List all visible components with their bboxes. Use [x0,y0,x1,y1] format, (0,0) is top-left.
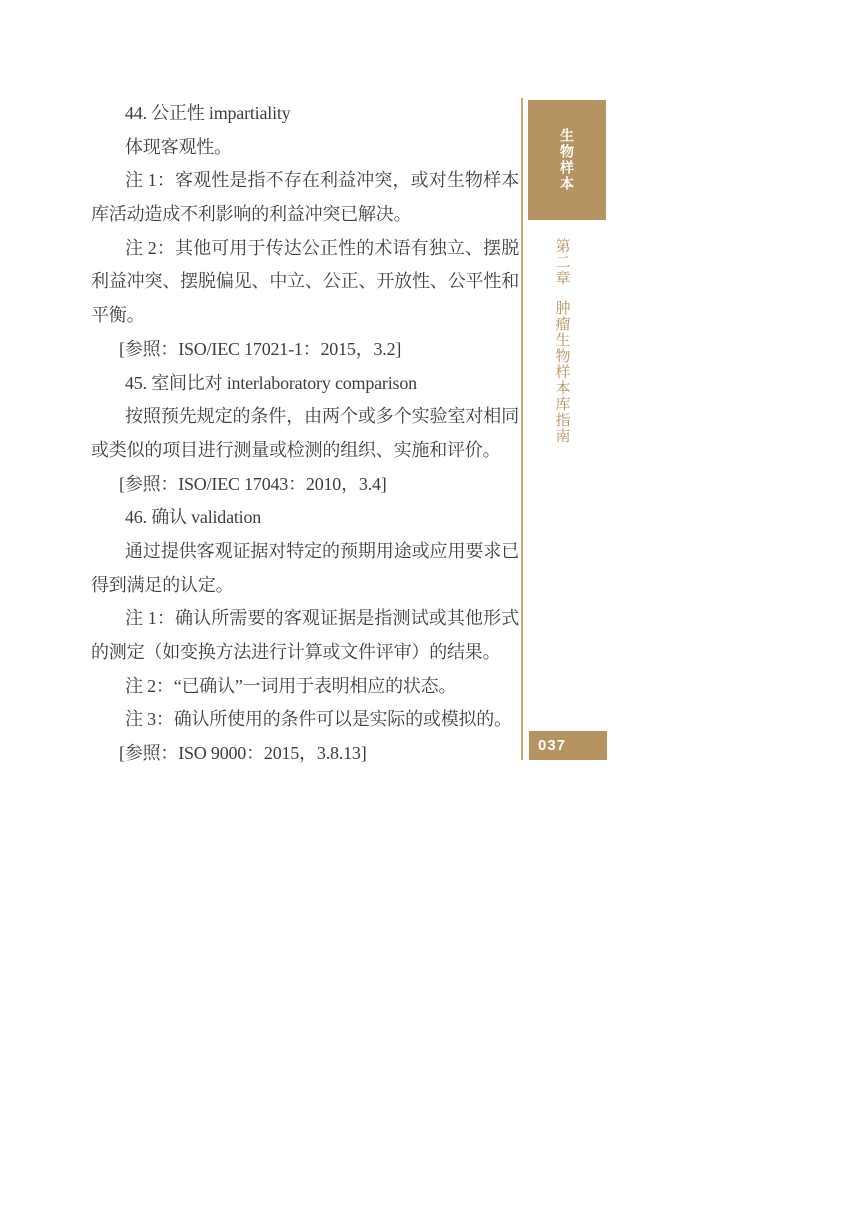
text-line: 通过提供客观证据对特定的预期用途或应用要求已 [91,535,519,569]
text-line: 44. 公正性 impartiality [91,97,519,131]
text-line: 注 1：客观性是指不存在利益冲突，或对生物样本 [91,164,519,198]
text-line: 体现客观性。 [91,131,519,165]
chapter-title: 肿瘤生物样本库指南 [554,300,571,444]
text-line: 注 2：其他可用于传达公正性的术语有独立、摆脱 [91,232,519,266]
text-line: 注 3：确认所使用的条件可以是实际的或模拟的。 [91,703,519,737]
text-line: 或类似的项目进行测量或检测的组织、实施和评价。 [91,434,519,468]
text-line: [参照：ISO/IEC 17043：2010，3.4] [91,468,519,502]
text-line: 按照预先规定的条件，由两个或多个实验室对相同 [91,400,519,434]
chapter-label: 第二章肿瘤生物样本库指南 [546,238,578,444]
text-line: 注 2：“已确认”一词用于表明相应的状态。 [91,670,519,704]
text-line: 45. 室间比对 interlaboratory comparison [91,367,519,401]
series-tab: 生物样本 [528,100,606,220]
chapter-text: 第二章肿瘤生物样本库指南 [552,238,573,444]
series-tab-label: 生物样本 [557,128,577,192]
text-line: 库活动造成不利影响的利益冲突已解决。 [91,198,519,232]
chapter-number: 第二章 [552,238,573,286]
page-number: 037 [538,737,566,754]
text-line: [参照：ISO 9000：2015，3.8.13] [91,737,519,771]
text-line: 平衡。 [91,299,519,333]
sidebar-rule [521,98,523,760]
text-line: 46. 确认 validation [91,501,519,535]
text-line: 利益冲突、摆脱偏见、中立、公正、开放性、公平性和 [91,265,519,299]
body-text: 44. 公正性 impartiality体现客观性。注 1：客观性是指不存在利益… [91,97,519,771]
text-line: 注 1：确认所需要的客观证据是指测试或其他形式 [91,602,519,636]
text-line: [参照：ISO/IEC 17021-1：2015，3.2] [91,333,519,367]
page-number-badge: 037 [529,731,607,760]
text-line: 得到满足的认定。 [91,569,519,603]
text-line: 的测定（如变换方法进行计算或文件评审）的结果。 [91,636,519,670]
